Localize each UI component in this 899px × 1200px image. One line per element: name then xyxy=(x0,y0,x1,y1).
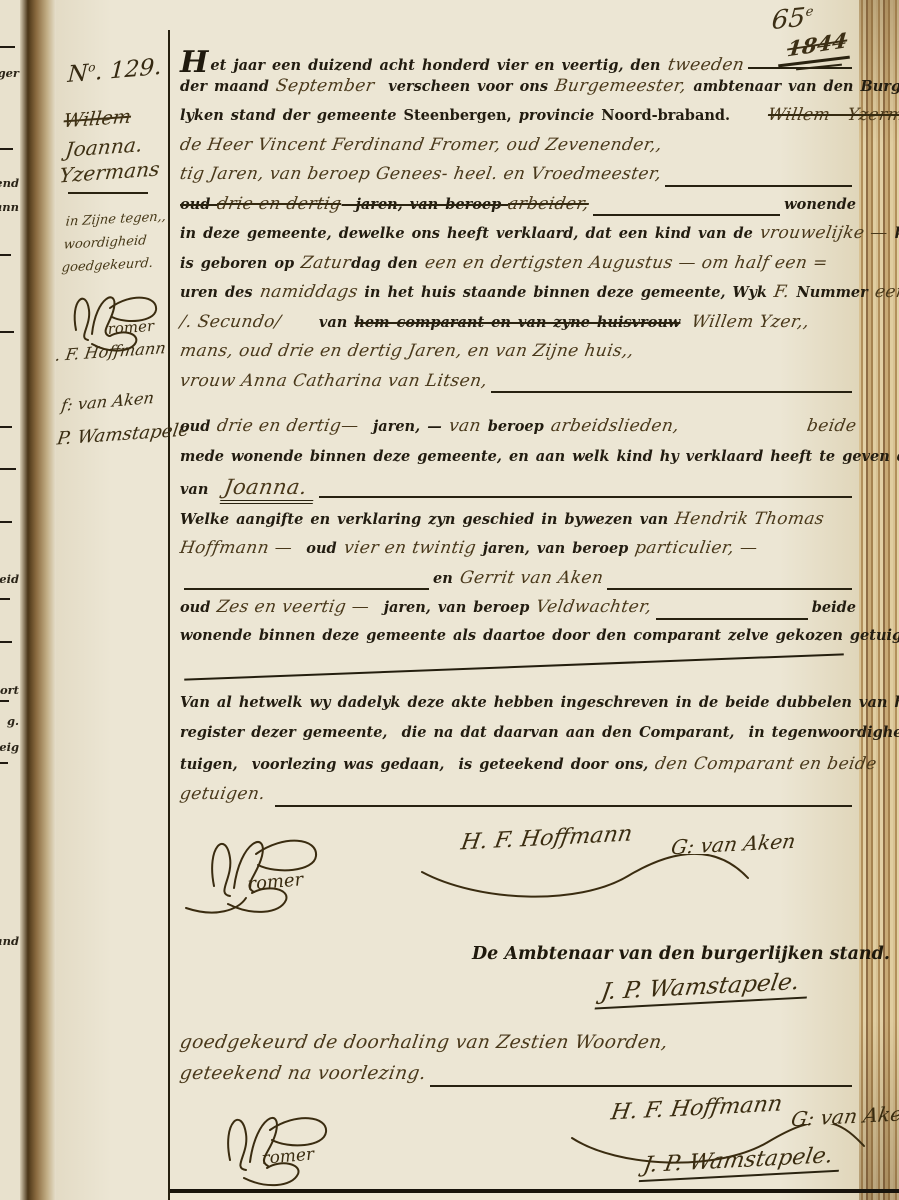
handwritten-text: particulier, — xyxy=(634,538,760,558)
printed-text: beide xyxy=(812,599,856,616)
previous-page-edge: gerendannbeidoortg.eigand xyxy=(0,0,20,1200)
ink-rule xyxy=(491,379,852,393)
handwritten-text: arbeidslieden, xyxy=(549,416,680,436)
handwritten-text-struck: Willem Yzermans xyxy=(766,105,899,125)
handwritten-text: vrouw Anna Catharina van Litsen, xyxy=(178,371,488,391)
body-line: is geboren op Zaturdag den een en dertig… xyxy=(180,253,856,283)
margin-family-name: Yzermans xyxy=(58,157,161,188)
body-line: /. Secundo/van hem comparant en van zyne… xyxy=(180,312,856,342)
handwritten-text: Zatur xyxy=(300,253,353,273)
svg-text:romer: romer xyxy=(261,1144,316,1169)
pen-flourish-icon xyxy=(568,1124,868,1174)
separator-rule xyxy=(184,653,844,680)
printed-text: tuigen, voorlezing was gedaan, is geteek… xyxy=(180,756,655,773)
printed-text: van xyxy=(180,481,222,498)
ink-rule xyxy=(319,484,852,498)
handwritten-text: vier en twintig xyxy=(342,538,477,558)
body-line: Welke aangifte en verklaring zyn geschie… xyxy=(180,509,856,539)
handwritten-name-underlined: Joanna. xyxy=(220,475,317,504)
handwritten-text: Veldwachter, xyxy=(535,597,654,617)
ruled-line-stub xyxy=(0,598,10,600)
handwritten-text: den Comparant en beide xyxy=(654,754,879,774)
body-line: en Gerrit van Aken xyxy=(180,568,856,598)
previous-page-text-fragment: beid xyxy=(0,572,19,586)
margin-divider-rule xyxy=(168,30,170,1200)
book-gutter-fold xyxy=(20,0,56,1200)
ruled-line-stub xyxy=(0,521,12,523)
body-line: vrouw Anna Catharina van Litsen, xyxy=(180,371,856,401)
book-fore-edge xyxy=(859,0,899,1200)
printed-text: Welke aangifte en verklaring zyn geschie… xyxy=(180,511,675,528)
previous-page-text-fragment: eig xyxy=(0,740,19,754)
handwritten-text: Zes en veertig — xyxy=(216,597,371,617)
printed-text: uren des xyxy=(180,284,260,301)
body-line: wonende binnen deze gemeente als daartoe… xyxy=(180,627,856,657)
margin-approval-note: in Zijne tegen,, woordigheid goedgekeurd… xyxy=(61,205,167,279)
handwritten-text: Hendrik Thomas xyxy=(674,509,826,529)
handwritten-text: Hoffmann — xyxy=(178,538,293,558)
printed-text: Van al hetwelk wy dadelyk deze akte hebb… xyxy=(180,694,899,711)
printed-text: mede wonende binnen deze gemeente, en aa… xyxy=(180,448,899,465)
printed-text: is geboren op xyxy=(180,255,301,272)
act-margin-column: No. 129. Willem Joanna. Yzermans in Zijn… xyxy=(60,0,166,1200)
handwritten-text: mans, oud drie en dertig Jaren, en van Z… xyxy=(178,341,635,361)
body-line: van Joanna. xyxy=(180,475,856,505)
printed-text: in deze gemeente, dewelke ons heeft verk… xyxy=(180,225,760,242)
printed-text-struck: jaren, van beroep xyxy=(342,196,509,213)
body-line: tuigen, voorlezing was gedaan, is geteek… xyxy=(180,754,856,784)
handwritten-text: Willem Yzer,, xyxy=(679,312,811,332)
body-line: in deze gemeente, dewelke ons heeft verk… xyxy=(180,223,856,253)
drop-cap: H xyxy=(180,48,208,78)
previous-page-text-fragment: oort xyxy=(0,683,19,697)
act-paragraph-2: Van al hetwelk wy dadelyk deze akte hebb… xyxy=(180,694,856,814)
printed-text: Steenbergen, xyxy=(404,107,512,124)
ink-rule xyxy=(184,576,429,590)
registrar-block: De Ambtenaar van den burgerlijken stand.… xyxy=(180,934,856,1030)
ruled-line-stub xyxy=(0,762,8,764)
ruled-line-stub xyxy=(0,468,16,470)
signature-hoffmann: H. F. Hoffmann xyxy=(459,822,634,856)
printed-text: oud xyxy=(292,540,344,557)
printed-text: in het huis staande binnen deze gemeente… xyxy=(357,284,774,301)
handwritten-text-struck: arbeider, xyxy=(507,194,591,214)
handwritten-text: Gerrit van Aken xyxy=(458,568,604,588)
ruled-line-stub xyxy=(0,254,11,256)
body-line: Hoffmann — oud vier en twintig jaren, va… xyxy=(180,538,856,568)
ruled-line-stub xyxy=(0,46,15,48)
printed-text: jaren, van beroep xyxy=(370,599,537,616)
birth-record-page: gerendannbeidoortg.eigand 65e 1844 No. 1… xyxy=(0,0,899,1200)
handwritten-text: van xyxy=(447,416,482,436)
body-line: getuigen. xyxy=(180,784,856,814)
printed-text: oud xyxy=(180,599,217,616)
body-line: mede wonende binnen deze gemeente, en aa… xyxy=(180,446,856,476)
printed-text: Nummer xyxy=(789,284,874,301)
signature-row-act: romer H. F. Hoffmann G: van Aken xyxy=(180,814,856,934)
printed-text: et jaar een duizend acht honderd vier en… xyxy=(210,57,667,74)
previous-page-text-fragment: end xyxy=(0,176,19,190)
handwritten-text: goedgekeurd de doorhaling van Zestien Wo… xyxy=(178,1032,669,1053)
approval-note: goedgekeurd de doorhaling van Zestien Wo… xyxy=(180,1032,856,1094)
ruled-line-stub xyxy=(0,426,12,428)
body-line: de Heer Vincent Ferdinand Fromer, oud Ze… xyxy=(180,135,856,165)
printed-text: verscheen voor ons xyxy=(374,78,555,95)
ruled-line-stub xyxy=(0,331,14,333)
printed-text: ambtenaar van den Burger- xyxy=(686,78,899,95)
handwritten-text: vrouwelijke — xyxy=(758,223,889,243)
ruled-line-stub xyxy=(0,700,9,702)
printed-text: van xyxy=(319,314,354,331)
previous-page-text-fragment: ann xyxy=(0,200,19,214)
act-body: Het jaar een duizend acht honderd vier e… xyxy=(180,46,856,1200)
body-line: der maand September verscheen voor ons B… xyxy=(180,76,856,106)
body-line: register dezer gemeente, die na dat daar… xyxy=(180,724,856,754)
handwritten-text-struck: drie en dertig xyxy=(216,194,343,214)
signature-hoffmann: H. F. Hoffmann xyxy=(609,1092,784,1126)
note-line: goedgekeurd. xyxy=(61,251,163,279)
handwritten-text: September xyxy=(274,76,375,96)
printed-text: beroep xyxy=(481,418,551,435)
body-line: Van al hetwelk wy dadelyk deze akte hebb… xyxy=(180,694,856,724)
body-line: Het jaar een duizend acht honderd vier e… xyxy=(180,46,856,76)
handwritten-text: tig Jaren, van beroep Genees- heel. en V… xyxy=(178,164,663,184)
previous-page-text-fragment: g. xyxy=(7,714,19,728)
body-line: lyken stand der gemeente Steenbergen, pr… xyxy=(180,105,856,135)
ink-rule xyxy=(656,606,808,620)
ruled-line-stub xyxy=(0,148,13,150)
body-line: tig Jaren, van beroep Genees- heel. en V… xyxy=(180,164,856,194)
folio-number: 65e xyxy=(771,2,814,36)
printed-text-struck: oud xyxy=(180,196,217,213)
printed-text: jaren, — xyxy=(359,418,449,435)
handwritten-text: drie en dertig— xyxy=(216,416,361,436)
handwritten-text: een. xyxy=(873,282,899,302)
printed-text: jaren, van beroep xyxy=(476,540,636,557)
body-line: oud drie en dertig— jaren, — van beroep … xyxy=(180,416,856,446)
pen-flourish-icon xyxy=(418,854,758,908)
printed-text: kunne xyxy=(888,225,899,242)
printed-text-struck: hem comparant en van zyne huisvrouw xyxy=(354,314,680,331)
margin-rule xyxy=(68,192,148,194)
signature-row-approval: romer H. F. Hoffmann G: van Aken J. P. W… xyxy=(180,1094,856,1200)
printed-text: Noord-braband. xyxy=(601,107,730,124)
handwritten-text: namiddags xyxy=(258,282,359,302)
svg-text:romer: romer xyxy=(107,317,155,338)
margin-signature-van-aken: f: van Aken xyxy=(60,388,155,415)
body-line: oud Zes en veertig — jaren, van beroep V… xyxy=(180,597,856,627)
printed-text: der maand xyxy=(180,78,276,95)
printed-text: register dezer gemeente, die na dat daar… xyxy=(180,724,899,741)
folio-corner: 65e 1844 xyxy=(772,4,813,34)
printed-text: wonende binnen deze gemeente als daartoe… xyxy=(180,627,899,644)
ink-rule xyxy=(665,173,852,187)
handwritten-text: F. xyxy=(772,282,791,302)
registrar-signature: J. P. Wamstapele. xyxy=(595,969,812,1010)
svg-text:romer: romer xyxy=(247,869,306,895)
ink-rule xyxy=(430,1073,852,1087)
handwritten-text: geteekend na voorlezing. xyxy=(178,1063,427,1084)
ink-rule xyxy=(607,576,852,590)
fromer-paraph-icon: romer xyxy=(184,816,344,924)
body-line: oud drie en dertig jaren, van beroep arb… xyxy=(180,194,856,224)
previous-page-text-fragment: ger xyxy=(0,66,19,80)
printed-text: en xyxy=(433,570,460,587)
margin-child-name: Joanna. xyxy=(64,132,143,161)
handwritten-text: de Heer Vincent Ferdinand Fromer, oud Ze… xyxy=(178,135,663,155)
approval-line: goedgekeurd de doorhaling van Zestien Wo… xyxy=(180,1032,856,1063)
margin-name-struck: Willem xyxy=(63,106,133,133)
handwritten-text: beide xyxy=(805,416,857,436)
handwritten-text: getuigen. xyxy=(178,784,272,804)
printed-text: lyken stand der gemeente xyxy=(180,107,404,124)
printed-text: dag den xyxy=(351,255,425,272)
ruled-line-stub xyxy=(0,641,12,643)
act-paragraph-1: Het jaar een duizend acht honderd vier e… xyxy=(180,46,856,656)
handwritten-text: Burgemeester, xyxy=(553,76,687,96)
body-line: uren des namiddags in het huis staande b… xyxy=(180,282,856,312)
approval-line: geteekend na voorlezing. xyxy=(180,1063,856,1094)
registrar-title: De Ambtenaar van den burgerlijken stand. xyxy=(472,944,890,964)
act-number: No. 129. xyxy=(67,54,162,88)
printed-text: oud xyxy=(180,418,217,435)
fromer-paraph-icon: romer xyxy=(202,1094,352,1198)
printed-text: provincie xyxy=(512,107,602,124)
body-line: mans, oud drie en dertig Jaren, en van Z… xyxy=(180,341,856,371)
handwritten-text: /. Secundo/ xyxy=(178,312,282,332)
ink-rule xyxy=(593,202,780,216)
ink-rule xyxy=(275,793,852,807)
previous-page-text-fragment: and xyxy=(0,934,19,948)
handwritten-text: een en dertigsten Augustus — om half een… xyxy=(423,253,829,273)
printed-text: wonende xyxy=(784,196,856,213)
handwritten-text: tweeden xyxy=(666,55,745,75)
